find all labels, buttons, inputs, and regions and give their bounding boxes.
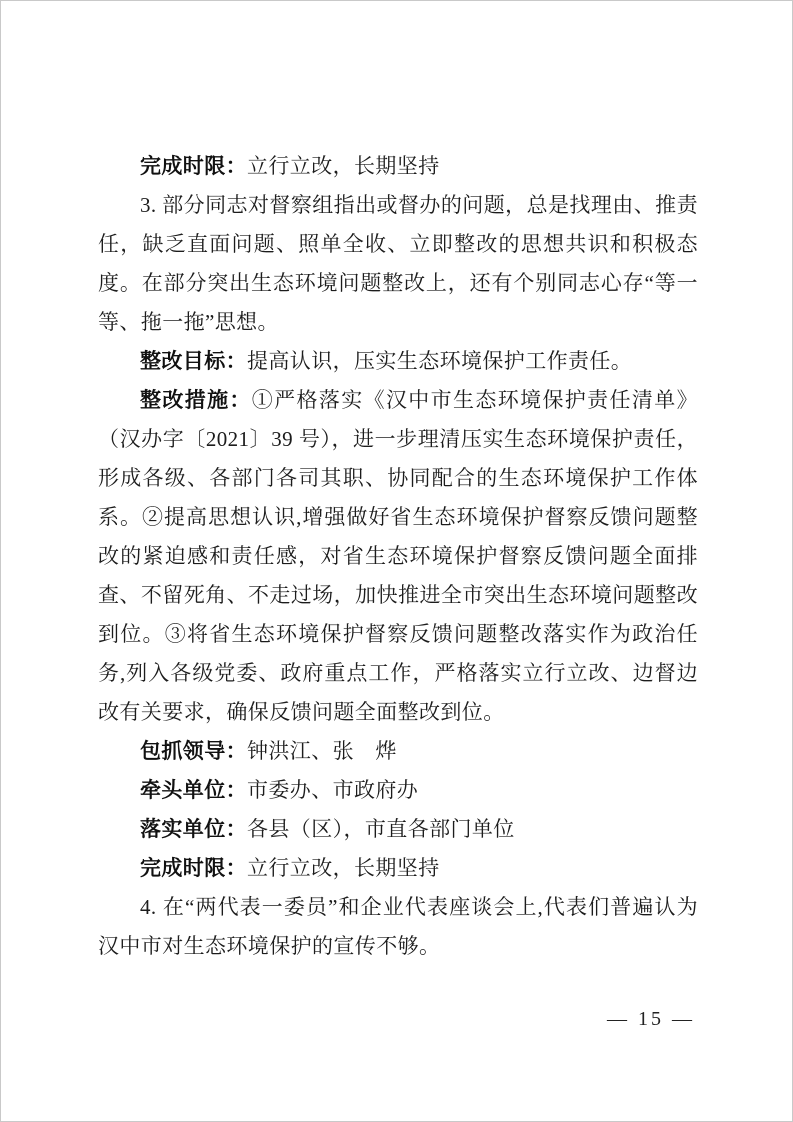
paragraph: 包抓领导：钟洪江、张 烨 [98,732,698,771]
paragraph: 4. 在“两代表一委员”和企业代表座谈会上,代表们普遍认为汉中市对生态环境保护的… [98,888,698,966]
document-body: 完成时限：立行立改，长期坚持3. 部分同志对督察组指出或督办的问题，总是找理由、… [98,147,698,966]
paragraph: 完成时限：立行立改，长期坚持 [98,849,698,888]
paragraph-label: 完成时限： [140,155,247,178]
page-number: — 15 — [607,1007,695,1031]
paragraph: 整改措施：①严格落实《汉中市生态环境保护责任清单》（汉办字〔2021〕39 号）… [98,381,698,732]
paragraph-label: 牵头单位： [140,779,247,802]
paragraph: 牵头单位：市委办、市政府办 [98,771,698,810]
paragraph: 完成时限：立行立改，长期坚持 [98,147,698,186]
paragraph: 整改目标：提高认识，压实生态环境保护工作责任。 [98,342,698,381]
paragraph: 落实单位：各县（区），市直各部门单位 [98,810,698,849]
paragraph: 3. 部分同志对督察组指出或督办的问题，总是找理由、推责任，缺乏直面问题、照单全… [98,186,698,342]
paragraph-label: 完成时限： [140,857,247,880]
document-page: 完成时限：立行立改，长期坚持3. 部分同志对督察组指出或督办的问题，总是找理由、… [0,0,793,1122]
paragraph-label: 包抓领导： [140,740,247,763]
paragraph-label: 整改目标： [140,350,247,373]
paragraph-label: 整改措施： [140,389,252,412]
paragraph-label: 落实单位： [140,818,247,841]
